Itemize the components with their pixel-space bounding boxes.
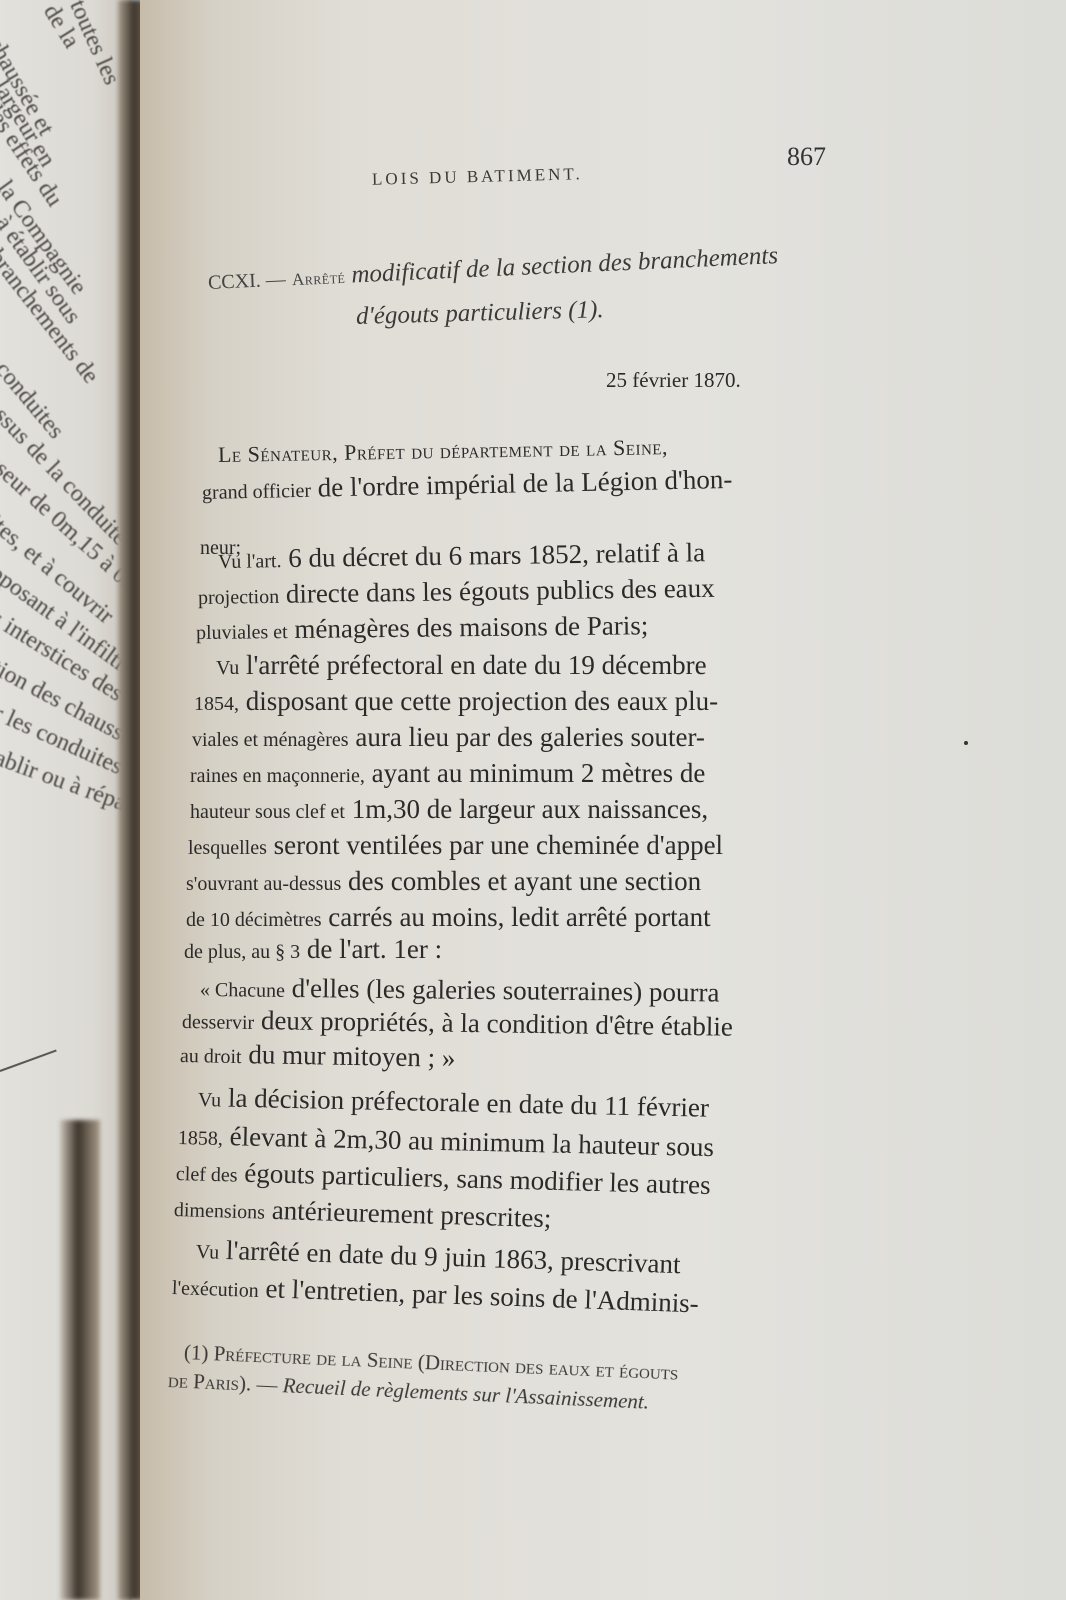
body-line-lead: grand officier (202, 480, 311, 504)
body-line-lead: viales et ménagères (192, 729, 349, 751)
body-line-rest: du mur mitoyen ; » (241, 1039, 455, 1073)
body-line: Vu l'art. 6 du décret du 6 mars 1852, re… (218, 539, 705, 573)
body-line: lesquelles seront ventilées par une chem… (188, 832, 723, 859)
article-label: Arrêté (292, 268, 346, 289)
body-line: de plus, au § 3 de l'art. 1er : (184, 936, 442, 963)
body-line-rest: ménagères des maisons de Paris; (287, 610, 648, 644)
body-line: viales et ménagères aura lieu par des ga… (192, 724, 705, 751)
body-line: au droit du mur mitoyen ; » (180, 1040, 456, 1072)
body-line-lead: de plus, au § 3 (184, 941, 300, 963)
body-line: 1854, disposant que cette projection des… (194, 688, 718, 715)
body-line-rest: directe dans les égouts publics des eaux (279, 573, 715, 609)
body-line-rest: des combles et ayant une section (341, 866, 701, 896)
body-line-lead: s'ouvrant au-dessus (186, 873, 341, 895)
body-line: « Chacune d'elles (les galeries souterra… (200, 974, 720, 1006)
body-line-lead: pluviales et (196, 621, 288, 644)
body-line-rest: d'elles (les galeries souterraines) pour… (285, 973, 720, 1008)
body-line-rest: ayant au minimum 2 mètres de (365, 758, 705, 788)
body-line-lead: Le Sénateur, (218, 440, 339, 467)
footnote-source: de Paris). — (167, 1368, 283, 1397)
body-line-lead: l'exécution (172, 1277, 260, 1302)
body-line-rest: 6 du décret du 6 mars 1852, relatif à la (281, 537, 705, 573)
body-line: pluviales et ménagères des maisons de Pa… (196, 612, 649, 644)
body-line: de 10 décimètres carrés au moins, ledit … (186, 904, 711, 931)
body-line: raines en maçonnerie, ayant au minimum 2… (190, 760, 705, 787)
body-line: Vu l'arrêté préfectoral en date du 19 dé… (216, 652, 707, 679)
body-line: hauteur sous clef et 1m,30 de largeur au… (190, 796, 708, 823)
paper-speck (964, 741, 968, 745)
article-date: 25 février 1870. (606, 368, 741, 393)
body-line-lead: dimensions (174, 1199, 266, 1224)
body-line-lead: desservir (182, 1011, 255, 1034)
book-gutter-shadow-lower (60, 1120, 100, 1600)
body-line-lead: raines en maçonnerie, (190, 765, 365, 787)
body-line-lead: Vu (196, 1241, 220, 1264)
body-line-lead: de 10 décimètres (186, 909, 322, 931)
body-line-rest: carrés au moins, ledit arrêté portant (322, 902, 711, 932)
body-line-rest: disposant que cette projection des eaux … (239, 686, 718, 716)
page-number: 867 (787, 142, 826, 172)
body-line-lead: 1854, (194, 693, 239, 715)
body-line-lead: hauteur sous clef et (190, 801, 345, 823)
body-line: s'ouvrant au-dessus des combles et ayant… (186, 868, 701, 895)
body-line-lead: « Chacune (200, 979, 285, 1002)
pencil-mark (0, 1050, 57, 1072)
body-line: projection directe dans les égouts publi… (198, 575, 715, 609)
article-number: CCXI. — (208, 268, 287, 294)
body-line-lead: projection (198, 586, 279, 609)
body-line-rest: aura lieu par des galeries souter- (349, 722, 705, 752)
body-line-lead: clef des (176, 1163, 238, 1187)
body-line-lead: Vu (198, 1089, 222, 1111)
body-line-lead: Vu (216, 657, 239, 679)
body-line-rest: de l'art. 1er : (300, 934, 442, 964)
body-line-lead: au droit (180, 1045, 242, 1068)
body-line-rest: l'arrêté préfectoral en date du 19 décem… (239, 650, 706, 680)
body-line-lead: lesquelles (188, 837, 267, 859)
body-line-lead: Vu l'art. (218, 550, 282, 573)
body-line-rest: 1m,30 de largeur aux naissances, (345, 794, 708, 824)
body-line-rest: seront ventilées par une cheminée d'appe… (267, 830, 723, 860)
body-line-lead: 1858, (178, 1127, 223, 1150)
